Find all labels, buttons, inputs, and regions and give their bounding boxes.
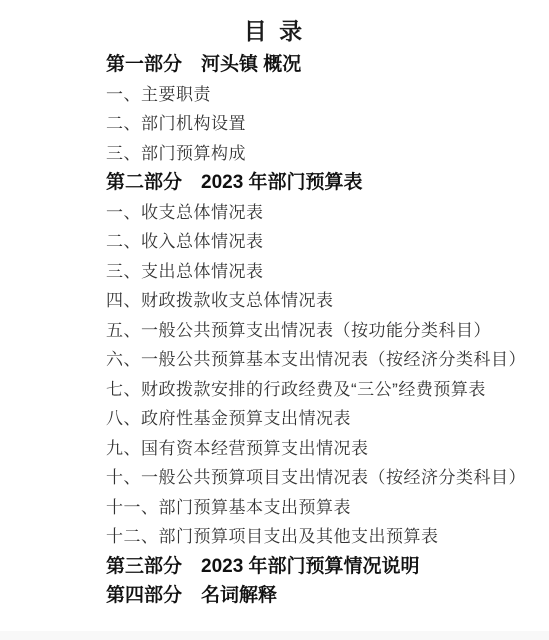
toc-item-2-7: 七、财政拨款安排的行政经费及“三公”经费预算表 [106, 375, 519, 405]
toc-section-part-4: 第四部分 名词解释 [106, 581, 519, 611]
toc-item-2-11: 十一、部门预算基本支出预算表 [106, 493, 519, 523]
toc-item-2-8: 八、政府性基金预算支出情况表 [106, 404, 519, 434]
toc-item-2-5: 五、一般公共预算支出情况表（按功能分类科目） [106, 316, 519, 346]
document-page: 目 录 第一部分 河头镇 概况 一、主要职责 二、部门机构设置 三、部门预算构成… [0, 0, 549, 640]
toc-section-part-2: 第二部分 2023 年部门预算表 [106, 168, 519, 198]
toc-section-part-3: 第三部分 2023 年部门预算情况说明 [106, 552, 519, 582]
toc-item-1-2: 二、部门机构设置 [106, 109, 519, 139]
toc-item-2-9: 九、国有资本经营预算支出情况表 [106, 434, 519, 464]
toc-item-1-1: 一、主要职责 [106, 80, 519, 110]
toc-item-2-12: 十二、部门预算项目支出及其他支出预算表 [106, 522, 519, 552]
toc-item-1-3: 三、部门预算构成 [106, 139, 519, 169]
toc-item-2-6: 六、一般公共预算基本支出情况表（按经济分类科目） [106, 345, 519, 375]
toc-section-part-1: 第一部分 河头镇 概况 [106, 50, 519, 80]
page-bottom-edge [0, 631, 549, 640]
toc-item-2-3: 三、支出总体情况表 [106, 257, 519, 287]
toc-item-2-2: 二、收入总体情况表 [106, 227, 519, 257]
toc-item-2-4: 四、财政拨款收支总体情况表 [106, 286, 519, 316]
table-of-contents: 第一部分 河头镇 概况 一、主要职责 二、部门机构设置 三、部门预算构成 第二部… [0, 50, 549, 611]
toc-item-2-10: 十、一般公共预算项目支出情况表（按经济分类科目） [106, 463, 519, 493]
toc-item-2-1: 一、收支总体情况表 [106, 198, 519, 228]
page-title: 目 录 [0, 0, 549, 50]
